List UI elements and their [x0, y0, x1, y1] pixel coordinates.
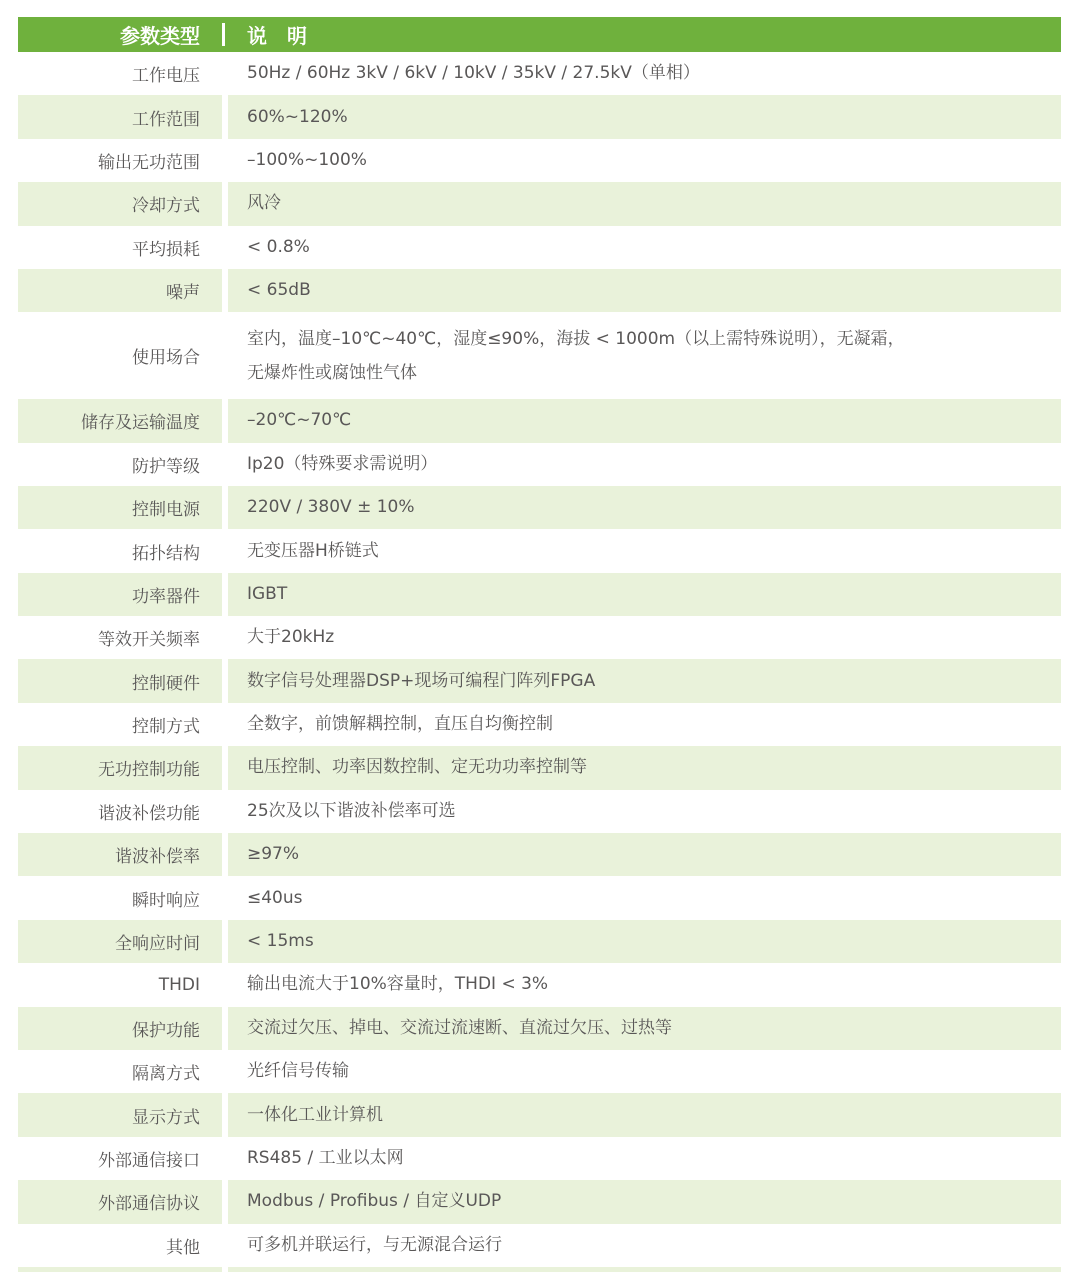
table-row: 工作范围 60%~120% — [18, 95, 1061, 138]
table-body: 工作电压 50Hz / 60Hz 3kV / 6kV / 10kV / 35kV… — [18, 52, 1061, 1267]
row-description-value: 室内，温度–10℃~40℃，湿度≤90%，海拔 < 1000m（以上需特殊说明）… — [228, 312, 1061, 399]
row-parameter-label: 全响应时间 — [18, 920, 222, 963]
row-description-value: < 0.8% — [228, 226, 1061, 269]
row-parameter-label: 谐波补偿率 — [18, 833, 222, 876]
row-parameter-label: 冷却方式 — [18, 182, 222, 225]
table-row: 瞬时响应 ≤40us — [18, 876, 1061, 919]
row-description-value: 光纤信号传输 — [228, 1050, 1061, 1093]
table-row: 噪声 < 65dB — [18, 269, 1061, 312]
row-description-value: –100%~100% — [228, 139, 1061, 182]
row-description-value: Modbus / Profibus / 自定义UDP — [228, 1180, 1061, 1223]
row-parameter-label: 瞬时响应 — [18, 876, 222, 919]
row-parameter-label: 等效开关频率 — [18, 616, 222, 659]
row-parameter-label: 防护等级 — [18, 443, 222, 486]
row-description-value: Ip20（特殊要求需说明） — [228, 443, 1061, 486]
row-parameter-label: 控制硬件 — [18, 659, 222, 702]
table-row: 隔离方式 光纤信号传输 — [18, 1050, 1061, 1093]
table-row: 使用场合 室内，温度–10℃~40℃，湿度≤90%，海拔 < 1000m（以上需… — [18, 312, 1061, 399]
table-row: 外部通信协议 Modbus / Profibus / 自定义UDP — [18, 1180, 1061, 1223]
row-description-value: 60%~120% — [228, 95, 1061, 138]
row-description-value: 可多机并联运行，与无源混合运行 — [228, 1224, 1061, 1267]
table-row: 拓扑结构 无变压器H桥链式 — [18, 529, 1061, 572]
row-parameter-label: 其他 — [18, 1224, 222, 1267]
row-description-value: 数字信号处理器DSP+现场可编程门阵列FPGA — [228, 659, 1061, 702]
row-parameter-label: 外部通信接口 — [18, 1137, 222, 1180]
partial-next-row — [18, 1267, 1061, 1272]
table-row: 防护等级 Ip20（特殊要求需说明） — [18, 443, 1061, 486]
partial-label-cell — [18, 1267, 222, 1272]
table-row: 外部通信接口 RS485 / 工业以太网 — [18, 1137, 1061, 1180]
row-parameter-label: 外部通信协议 — [18, 1180, 222, 1223]
row-description-value: 无变压器H桥链式 — [228, 529, 1061, 572]
row-parameter-label: 显示方式 — [18, 1093, 222, 1136]
row-parameter-label: 使用场合 — [18, 312, 222, 399]
row-description-value: 输出电流大于10%容量时，THDI < 3% — [228, 963, 1061, 1006]
row-parameter-label: 工作电压 — [18, 52, 222, 95]
row-description-value: IGBT — [228, 573, 1061, 616]
row-parameter-label: 工作范围 — [18, 95, 222, 138]
table-row: 其他 可多机并联运行，与无源混合运行 — [18, 1224, 1061, 1267]
row-description-value: RS485 / 工业以太网 — [228, 1137, 1061, 1180]
table-row: 控制硬件 数字信号处理器DSP+现场可编程门阵列FPGA — [18, 659, 1061, 702]
table-row: 控制电源 220V / 380V ± 10% — [18, 486, 1061, 529]
row-parameter-label: 储存及运输温度 — [18, 399, 222, 442]
row-parameter-label: 功率器件 — [18, 573, 222, 616]
row-description-value: ≤40us — [228, 876, 1061, 919]
row-description-value: 全数字，前馈解耦控制，直压自均衡控制 — [228, 703, 1061, 746]
row-parameter-label: 输出无功范围 — [18, 139, 222, 182]
row-parameter-label: THDI — [18, 963, 222, 1006]
row-description-value: ≥97% — [228, 833, 1061, 876]
row-parameter-label: 隔离方式 — [18, 1050, 222, 1093]
table-row: 控制方式 全数字，前馈解耦控制，直压自均衡控制 — [18, 703, 1061, 746]
row-parameter-label: 控制电源 — [18, 486, 222, 529]
row-parameter-label: 平均损耗 — [18, 226, 222, 269]
row-parameter-label: 噪声 — [18, 269, 222, 312]
table-row: 保护功能 交流过欠压、掉电、交流过流速断、直流过欠压、过热等 — [18, 1007, 1061, 1050]
table-row: THDI 输出电流大于10%容量时，THDI < 3% — [18, 963, 1061, 1006]
row-description-value: 50Hz / 60Hz 3kV / 6kV / 10kV / 35kV / 27… — [228, 52, 1061, 95]
row-parameter-label: 无功控制功能 — [18, 746, 222, 789]
row-description-value: 大于20kHz — [228, 616, 1061, 659]
partial-value-cell — [228, 1267, 1061, 1272]
table-row: 显示方式 一体化工业计算机 — [18, 1093, 1061, 1136]
row-parameter-label: 保护功能 — [18, 1007, 222, 1050]
table-row: 冷却方式 风冷 — [18, 182, 1061, 225]
table-row: 储存及运输温度 –20℃~70℃ — [18, 399, 1061, 442]
row-parameter-label: 控制方式 — [18, 703, 222, 746]
row-parameter-label: 谐波补偿功能 — [18, 790, 222, 833]
row-description-value: 一体化工业计算机 — [228, 1093, 1061, 1136]
row-description-value: 交流过欠压、掉电、交流过流速断、直流过欠压、过热等 — [228, 1007, 1061, 1050]
row-description-value: 电压控制、功率因数控制、定无功功率控制等 — [228, 746, 1061, 789]
table-row: 无功控制功能 电压控制、功率因数控制、定无功功率控制等 — [18, 746, 1061, 789]
row-description-value: 25次及以下谐波补偿率可选 — [228, 790, 1061, 833]
row-description-value: –20℃~70℃ — [228, 399, 1061, 442]
row-parameter-label: 拓扑结构 — [18, 529, 222, 572]
row-description-value: 风冷 — [228, 182, 1061, 225]
row-description-value: 220V / 380V ± 10% — [228, 486, 1061, 529]
row-description-value: < 65dB — [228, 269, 1061, 312]
table-row: 等效开关频率 大于20kHz — [18, 616, 1061, 659]
row-description-value: < 15ms — [228, 920, 1061, 963]
header-col-parameter-type: 参数类型 — [18, 17, 222, 52]
spec-table: 参数类型 说 明 工作电压 50Hz / 60Hz 3kV / 6kV / 10… — [18, 17, 1061, 1272]
table-row: 工作电压 50Hz / 60Hz 3kV / 6kV / 10kV / 35kV… — [18, 52, 1061, 95]
table-row: 谐波补偿功能 25次及以下谐波补偿率可选 — [18, 790, 1061, 833]
table-header-row: 参数类型 说 明 — [18, 17, 1061, 52]
table-row: 功率器件 IGBT — [18, 573, 1061, 616]
table-row: 全响应时间 < 15ms — [18, 920, 1061, 963]
table-row: 谐波补偿率 ≥97% — [18, 833, 1061, 876]
table-row: 输出无功范围 –100%~100% — [18, 139, 1061, 182]
header-col-description: 说 明 — [225, 17, 1061, 52]
table-row: 平均损耗 < 0.8% — [18, 226, 1061, 269]
